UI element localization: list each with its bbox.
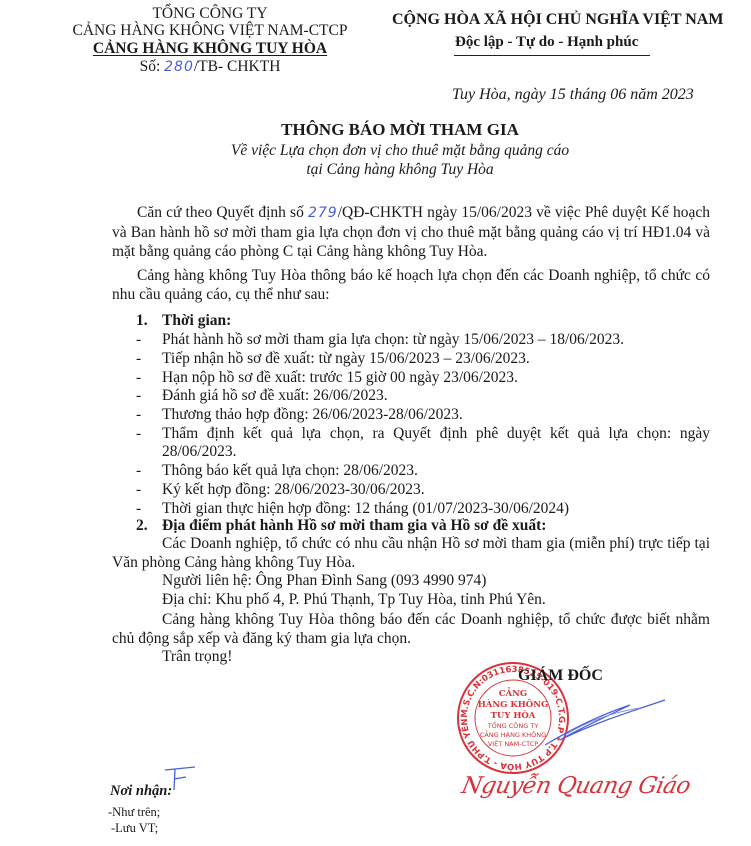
address: Địa chỉ: Khu phố 4, P. Phú Thạnh, Tp Tuy… (162, 591, 546, 609)
document-subtitle-line2: tại Cảng hàng không Tuy Hòa (100, 161, 700, 179)
paragraph-closing: Cảng hàng không Tuy Hòa thông báo đến cá… (112, 610, 710, 648)
handwritten-number: 280 (164, 59, 194, 75)
section-1-heading: 1.Thời gian: (136, 312, 231, 330)
handwritten-decision-number: 279 (308, 205, 338, 221)
national-title: CỘNG HÒA XÃ HỘI CHỦ NGHĨA VIỆT NAM (392, 11, 723, 29)
section-1-number: 1. (136, 312, 162, 330)
motto-underline (454, 55, 650, 56)
national-motto: Độc lập - Tự do - Hạnh phúc (455, 34, 638, 51)
document-subtitle-line1: Về việc Lựa chọn đơn vị cho thuê mặt bằn… (100, 142, 700, 160)
svg-text:TUY HÒA: TUY HÒA (491, 709, 536, 721)
document-number: Số: 280/TB- CHKTH (60, 58, 360, 76)
signature-scrawl-icon (540, 690, 670, 750)
recipient-item: -Lưu VT; (111, 821, 158, 836)
contact-person: Người liên hệ: Ông Phan Đình Sang (093 4… (162, 572, 486, 590)
p2-text: Cảng hàng không Tuy Hòa thông báo kế hoạ… (112, 267, 710, 303)
section-2-number: 2. (136, 517, 162, 535)
number-suffix: /TB- CHKTH (194, 58, 281, 75)
svg-text:CẢNG: CẢNG (499, 686, 527, 699)
signer-position: GIÁM ĐỐC (518, 667, 603, 685)
recipients-label: Nơi nhận: (110, 783, 172, 800)
svg-text:TỔNG CÔNG TY: TỔNG CÔNG TY (487, 720, 539, 730)
regards: Trân trọng! (162, 648, 232, 666)
svg-text:HÀNG KHÔNG: HÀNG KHÔNG (478, 698, 548, 710)
pickup-text: Các Doanh nghiệp, tổ chức có nhu cầu nhậ… (112, 535, 710, 571)
svg-text:CẢNG HÀNG KHÔNG: CẢNG HÀNG KHÔNG (480, 730, 546, 739)
closing-text: Cảng hàng không Tuy Hòa thông báo đến cá… (112, 611, 710, 647)
svg-text:VIỆT NAM-CTCP: VIỆT NAM-CTCP (488, 739, 538, 748)
document-title: THÔNG BÁO MỜI THAM GIA (100, 120, 700, 140)
section-1-title: Thời gian: (162, 312, 231, 329)
paragraph-pickup: Các Doanh nghiệp, tổ chức có nhu cầu nhậ… (112, 534, 710, 572)
org-parent: TỔNG CÔNG TY (60, 5, 360, 22)
recipient-item: -Như trên; (108, 805, 160, 820)
place-date: Tuy Hòa, ngày 15 tháng 06 năm 2023 (452, 86, 694, 104)
section-2-heading: 2.Địa điểm phát hành Hồ sơ mời tham gia … (136, 517, 546, 535)
section-2-title: Địa điểm phát hành Hồ sơ mời tham gia và… (162, 517, 546, 534)
org-issuer: CẢNG HÀNG KHÔNG TUY HÒA (60, 40, 360, 57)
paragraph-legal-basis: Căn cứ theo Quyết định số 279/QĐ-CHKTH n… (112, 203, 710, 261)
number-prefix: Số: (140, 58, 165, 75)
org-corporation: CẢNG HÀNG KHÔNG VIỆT NAM-CTCP (60, 22, 360, 39)
p1-before: Căn cứ theo Quyết định số (137, 204, 308, 221)
signer-name: Nguyễn Quang Giáo (459, 773, 692, 799)
paragraph-intro: Cảng hàng không Tuy Hòa thông báo kế hoạ… (112, 266, 710, 304)
